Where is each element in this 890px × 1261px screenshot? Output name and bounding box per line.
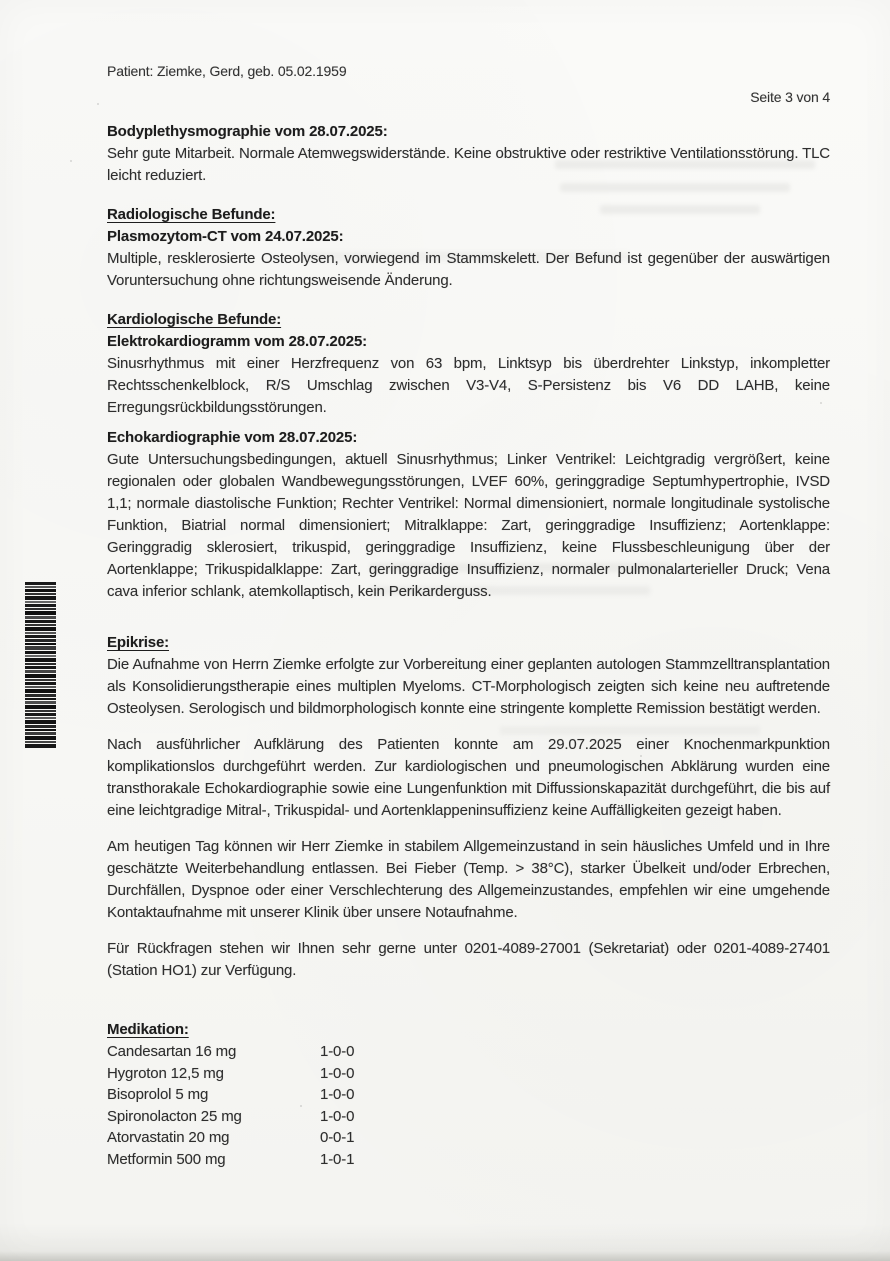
medication-row: Bisoprolol 5 mg 1-0-0 (107, 1084, 830, 1106)
medication-name: Bisoprolol 5 mg (107, 1084, 320, 1106)
medication-dose: 1-0-0 (320, 1041, 440, 1063)
paragraph-echokardiographie: Gute Untersuchungsbedingungen, aktuell S… (107, 449, 830, 603)
medication-dose: 0-0-1 (320, 1127, 440, 1149)
section-heading-medikation: Medikation: (107, 1019, 830, 1041)
medication-table: Candesartan 16 mg 1-0-0 Hygroton 12,5 mg… (107, 1041, 830, 1170)
barcode (25, 582, 56, 748)
letter-body: Patient: Ziemke, Gerd, geb. 05.02.1959 S… (107, 60, 830, 1170)
paragraph-epikrise-2: Nach ausführlicher Aufklärung des Patien… (107, 734, 830, 822)
paragraph-bodyplethysmographie: Sehr gute Mitarbeit. Normale Atemwegswid… (107, 143, 830, 187)
medication-name: Candesartan 16 mg (107, 1041, 320, 1063)
medication-name: Hygroton 12,5 mg (107, 1063, 320, 1085)
medication-name: Spironolacton 25 mg (107, 1106, 320, 1128)
section-heading-radiologische-befunde: Radiologische Befunde: (107, 204, 830, 226)
section-title-plasmozytom-ct: Plasmozytom-CT vom 24.07.2025: (107, 226, 830, 248)
medication-row: Atorvastatin 20 mg 0-0-1 (107, 1127, 830, 1149)
section-title-ekg: Elektrokardiogramm vom 28.07.2025: (107, 331, 830, 353)
medication-dose: 1-0-0 (320, 1084, 440, 1106)
paragraph-epikrise-4: Für Rückfragen stehen wir Ihnen sehr ger… (107, 938, 830, 982)
paragraph-ekg: Sinusrhythmus mit einer Herzfrequenz von… (107, 353, 830, 419)
section-title-echokardiographie: Echokardiographie vom 28.07.2025: (107, 427, 830, 449)
medication-dose: 1-0-1 (320, 1149, 440, 1171)
paragraph-epikrise-1: Die Aufnahme von Herrn Ziemke erfolgte z… (107, 654, 830, 720)
paragraph-plasmozytom-ct: Multiple, resklerosierte Osteolysen, vor… (107, 248, 830, 292)
medication-name: Metformin 500 mg (107, 1149, 320, 1171)
medication-row: Candesartan 16 mg 1-0-0 (107, 1041, 830, 1063)
section-heading-kardiologische-befunde: Kardiologische Befunde: (107, 309, 830, 331)
scan-edge-shadow (0, 1251, 890, 1261)
medication-dose: 1-0-0 (320, 1063, 440, 1085)
medication-name: Atorvastatin 20 mg (107, 1127, 320, 1149)
medication-row: Metformin 500 mg 1-0-1 (107, 1149, 830, 1171)
paragraph-epikrise-3: Am heutigen Tag können wir Herr Ziemke i… (107, 836, 830, 924)
scanned-document-page: Patient: Ziemke, Gerd, geb. 05.02.1959 S… (0, 0, 890, 1261)
medication-row: Hygroton 12,5 mg 1-0-0 (107, 1063, 830, 1085)
patient-id-line: Patient: Ziemke, Gerd, geb. 05.02.1959 (107, 60, 830, 82)
paper-speck (97, 103, 99, 105)
paper-speck (70, 160, 72, 162)
section-title-bodyplethysmographie: Bodyplethysmographie vom 28.07.2025: (107, 121, 830, 143)
medication-dose: 1-0-0 (320, 1106, 440, 1128)
page-indicator: Seite 3 von 4 (107, 86, 830, 108)
medication-row: Spironolacton 25 mg 1-0-0 (107, 1106, 830, 1128)
section-heading-epikrise: Epikrise: (107, 632, 830, 654)
